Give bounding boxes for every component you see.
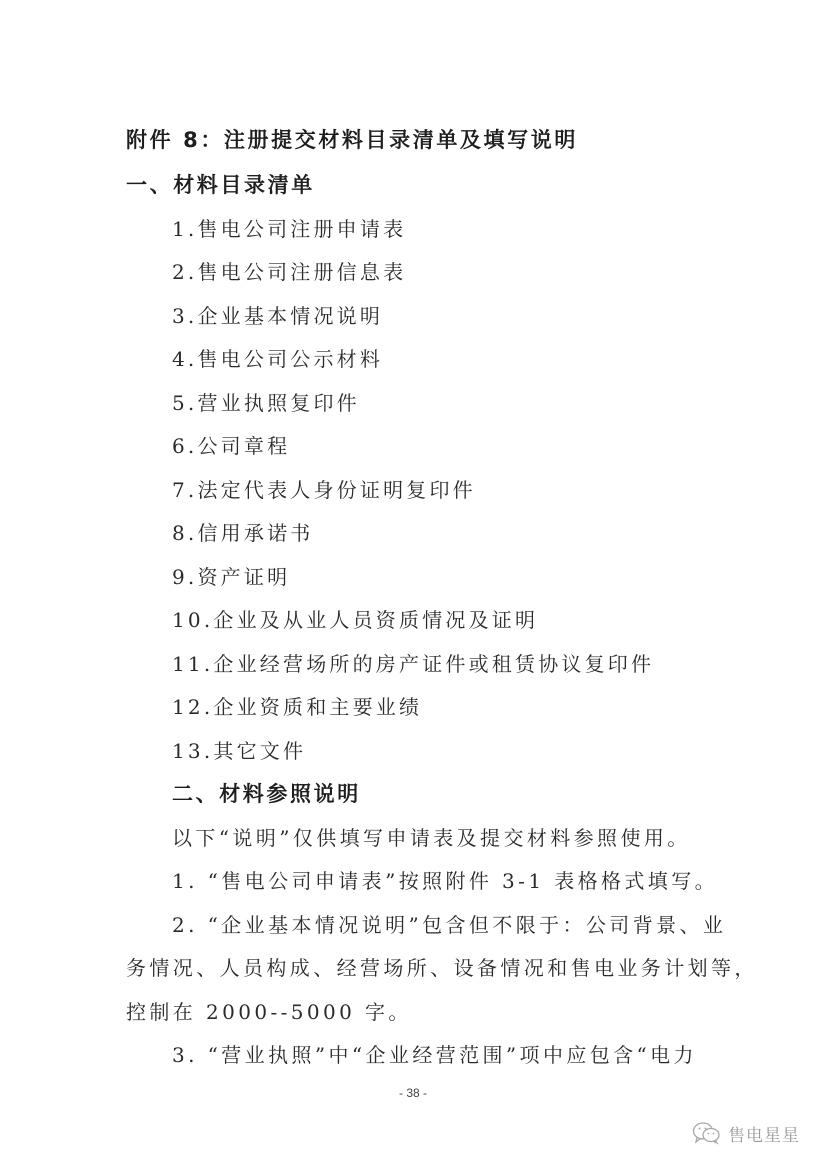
list-item: 9.资产证明: [172, 564, 290, 590]
list-item: 3.企业基本情况说明: [172, 303, 383, 329]
list-item: 1.售电公司注册申请表: [172, 216, 406, 242]
list-item: 6.公司章程: [172, 433, 290, 459]
wechat-icon: [692, 1121, 722, 1145]
list-item: 12.企业资质和主要业绩: [172, 694, 422, 720]
watermark-label: 售电星星: [728, 1121, 800, 1146]
note-paragraph-2-line-2: 务情况、人员构成、经营场所、设备情况和售电业务计划等，: [126, 955, 758, 981]
list-item: 13.其它文件: [172, 738, 306, 764]
document-title: 附件 8：注册提交材料目录清单及填写说明: [126, 127, 578, 153]
section-heading-reference-notes: 二、材料参照说明: [172, 781, 361, 807]
list-item: 5.营业执照复印件: [172, 390, 360, 416]
list-item: 2.售电公司注册信息表: [172, 259, 406, 285]
note-paragraph-2-line-1: 2. “企业基本情况说明”包含但不限于：公司背景、业: [172, 912, 726, 938]
list-item: 7.法定代表人身份证明复印件: [172, 477, 476, 503]
section-heading-material-list: 一、材料目录清单: [126, 172, 315, 198]
watermark: 售电星星: [692, 1121, 800, 1145]
list-item: 8.信用承诺书: [172, 520, 313, 546]
note-paragraph-2-line-3: 控制在 2000--5000 字。: [126, 999, 412, 1025]
list-item: 11.企业经营场所的房产证件或租赁协议复印件: [172, 651, 654, 677]
list-item: 10.企业及从业人员资质情况及证明: [172, 607, 538, 633]
page-number: - 38 -: [0, 1086, 826, 1100]
note-paragraph-1: 1. “售电公司申请表”按照附件 3-1 表格格式填写。: [172, 868, 718, 894]
note-paragraph-3-line-1: 3. “营业执照”中“企业经营范围”项中应包含“电力: [172, 1042, 697, 1068]
notes-intro: 以下“说明”仅供填写申请表及提交材料参照使用。: [172, 825, 691, 851]
list-item: 4.售电公司公示材料: [172, 346, 383, 372]
